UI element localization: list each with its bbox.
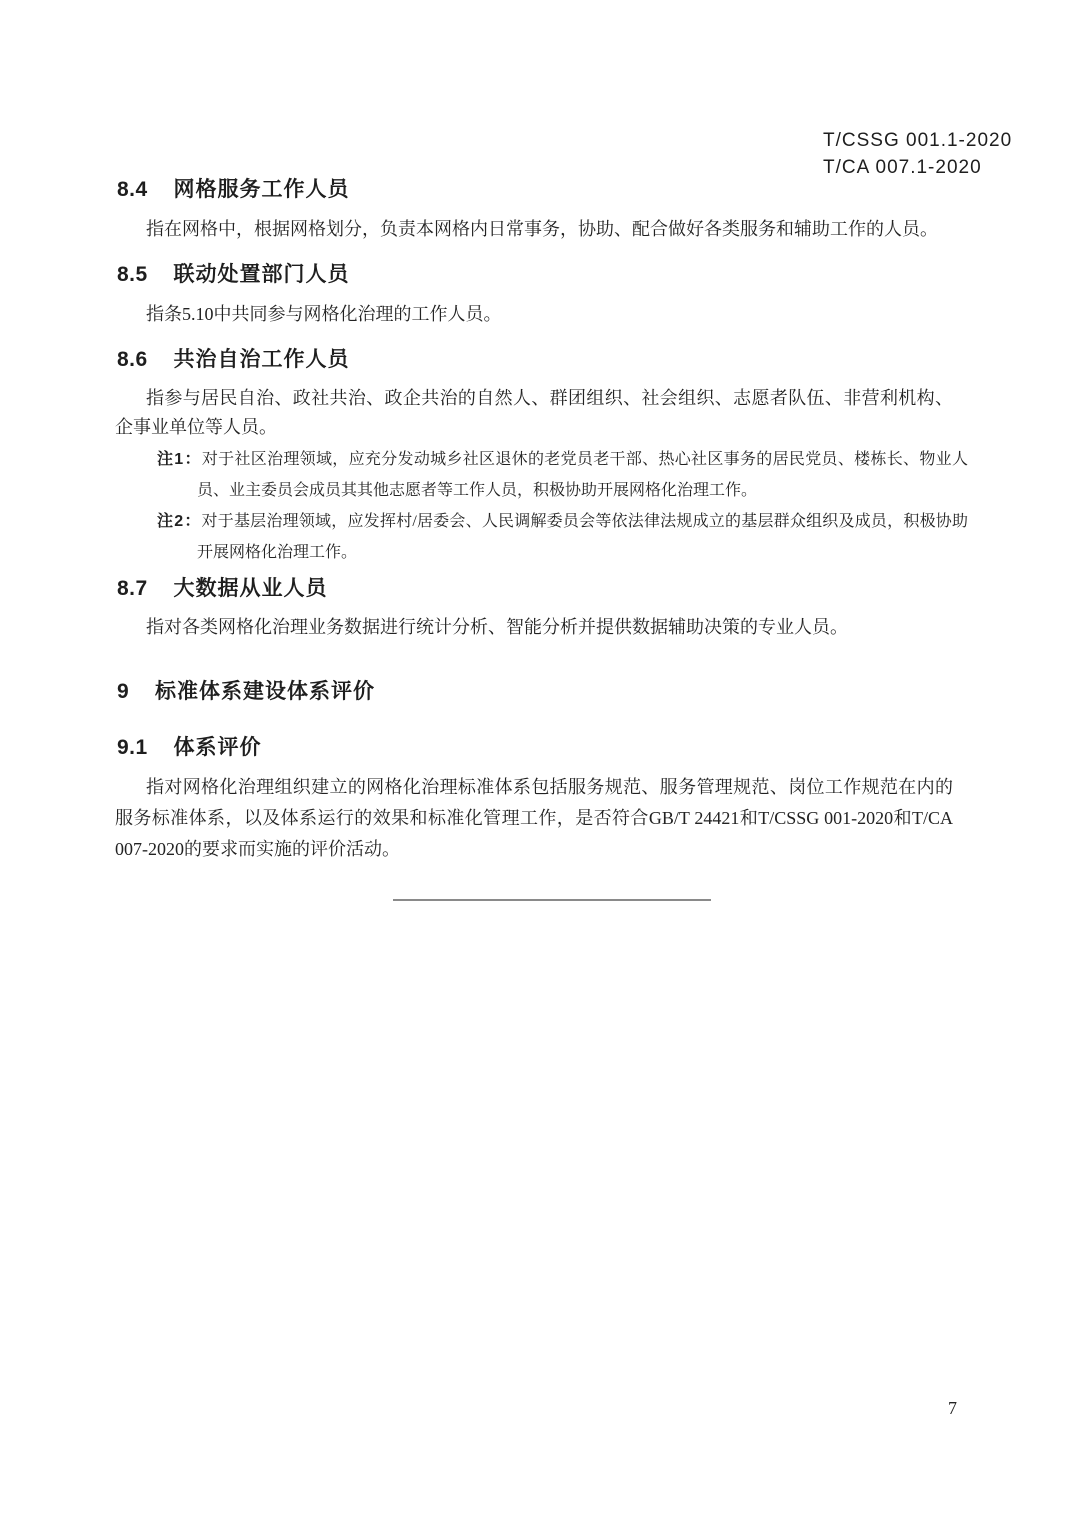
section-number: 9.1 (117, 737, 148, 758)
section-body-8-7: 指对各类网格化治理业务数据进行统计分析、智能分析并提供数据辅助决策的专业人员。 (115, 612, 953, 642)
section-title: 共治自治工作人员 (174, 348, 350, 371)
notes-block: 注1：对于社区治理领域，应充分发动城乡社区退休的老党员老干部、热心社区事务的居民… (115, 444, 968, 568)
section-heading-8-5: 8.5 联动处置部门人员 (117, 264, 350, 285)
section-title: 联动处置部门人员 (174, 263, 350, 286)
section-heading-9-1: 9.1 体系评价 (117, 737, 262, 758)
note-2-label: 注2： (157, 513, 202, 530)
section-heading-8-7: 8.7 大数据从业人员 (117, 578, 328, 599)
doc-header: T/CSSG 001.1-2020 T/CA 007.1-2020 (823, 127, 1012, 181)
note-1: 注1：对于社区治理领域，应充分发动城乡社区退休的老党员老干部、热心社区事务的居民… (157, 444, 968, 506)
page-number: 7 (948, 1398, 957, 1419)
section-title: 大数据从业人员 (174, 577, 328, 600)
section-heading-8-4: 8.4 网格服务工作人员 (117, 179, 350, 200)
note-2: 注2：对于基层治理领域，应发挥村/居委会、人民调解委员会等依法律法规成立的基层群… (157, 506, 968, 568)
section-title: 体系评价 (174, 736, 262, 759)
section-number: 9 (117, 681, 129, 702)
doc-code-secondary: T/CA 007.1-2020 (823, 154, 1012, 181)
section-title: 网格服务工作人员 (174, 178, 350, 201)
note-2-text: 对于基层治理领域，应发挥村/居委会、人民调解委员会等依法律法规成立的基层群众组织… (197, 513, 968, 561)
note-1-text: 对于社区治理领域，应充分发动城乡社区退休的老党员老干部、热心社区事务的居民党员、… (197, 451, 968, 499)
section-heading-8-6: 8.6 共治自治工作人员 (117, 349, 350, 370)
section-number: 8.7 (117, 578, 148, 599)
section-body-8-5: 指条5.10中共同参与网格化治理的工作人员。 (115, 299, 953, 329)
section-body-8-6: 指参与居民自治、政社共治、政企共治的自然人、群团组织、社会组织、志愿者队伍、非营… (115, 384, 953, 442)
section-body-8-4: 指在网格中，根据网格划分，负责本网格内日常事务，协助、配合做好各类服务和辅助工作… (115, 214, 953, 244)
doc-code-primary: T/CSSG 001.1-2020 (823, 127, 1012, 154)
section-number: 8.4 (117, 179, 148, 200)
section-divider-line (393, 899, 711, 901)
section-number: 8.6 (117, 349, 148, 370)
note-1-label: 注1： (157, 451, 202, 468)
section-body-9-1: 指对网格化治理组织建立的网格化治理标准体系包括服务规范、服务管理规范、岗位工作规… (115, 772, 953, 865)
section-number: 8.5 (117, 264, 148, 285)
section-title: 标准体系建设体系评价 (155, 680, 375, 703)
document-page: T/CSSG 001.1-2020 T/CA 007.1-2020 8.4 网格… (0, 0, 1080, 1527)
section-heading-9: 9 标准体系建设体系评价 (117, 681, 375, 702)
